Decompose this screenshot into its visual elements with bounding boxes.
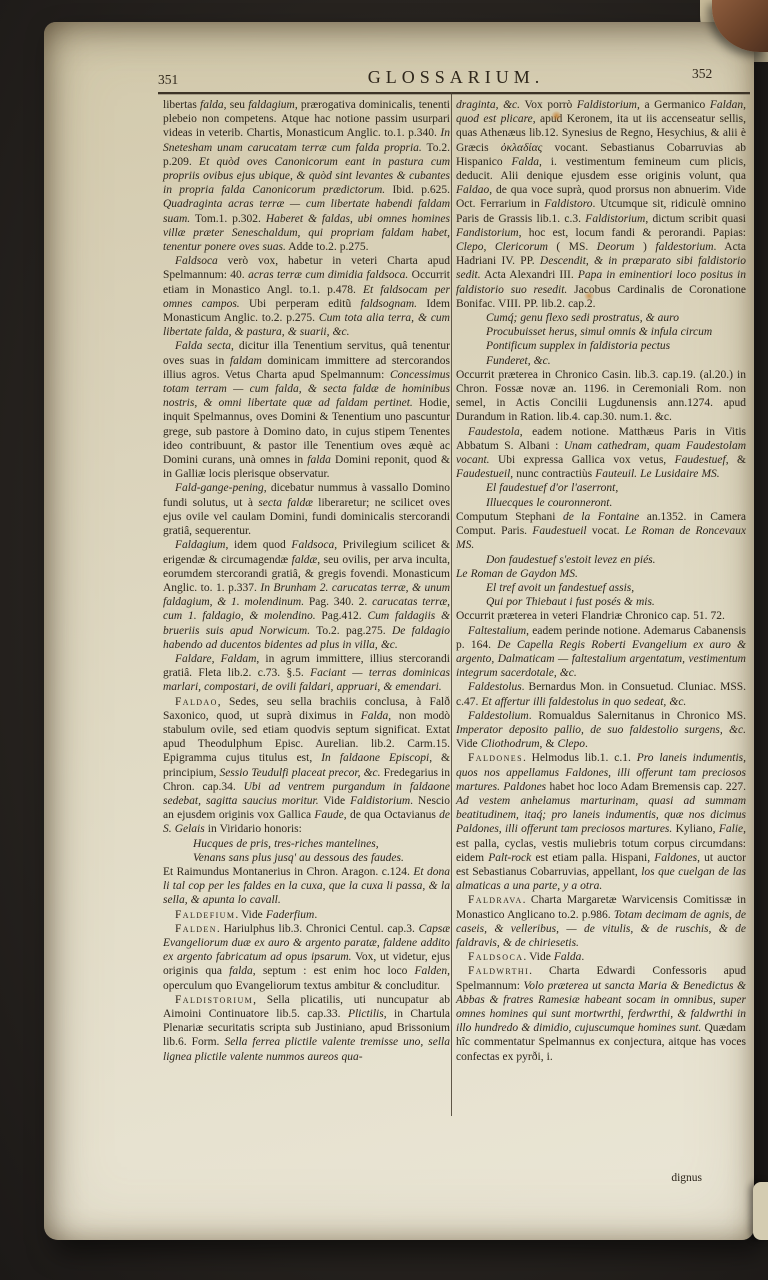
text-run: Kyliano,	[672, 823, 719, 835]
text-run: . Vide	[523, 951, 553, 963]
entry-headword: Faldistorium	[175, 994, 253, 1006]
header-rule	[158, 92, 750, 94]
text-run: Fald-gange-pening	[175, 482, 264, 494]
text-run: Faldones	[654, 852, 697, 864]
text-run: ( MS.	[548, 241, 597, 253]
text-run: vocat.	[587, 525, 625, 537]
text-run: , dictum scribit quasi	[645, 213, 746, 225]
text-run: ,	[743, 99, 746, 111]
text-run: . Helmodus lib.1. c.1.	[523, 752, 637, 764]
text-run: . Hariulphus lib.3. Chronici Centul. cap…	[217, 923, 419, 935]
text-run: , de qua Octavianus	[344, 809, 439, 821]
text-run: . Romualdus Salernitanus in Chronico MS.	[529, 710, 746, 722]
text-run: Imperator deposito pallio, de suo faldes…	[456, 724, 746, 736]
text-run: Faldestolium	[468, 710, 529, 722]
text-run: Falda	[554, 951, 581, 963]
text-run: Faltestalium	[468, 625, 526, 637]
text-paragraph: Faldwrthi. Charta Edwardi Confessoris ap…	[456, 964, 746, 1063]
text-paragraph: Et Raimundus Montanerius in Chron. Arago…	[163, 865, 450, 908]
text-run: Falie	[719, 823, 743, 835]
text-run: Deorum	[597, 241, 635, 253]
text-run: Faldsoca	[175, 255, 218, 267]
entry-headword: Falden	[175, 923, 217, 935]
text-run: Faudestueil	[456, 468, 510, 480]
text-paragraph: draginta, &c. Vox porrò Faldistorium, a …	[456, 98, 746, 311]
text-run: Faldagium	[175, 539, 225, 551]
text-run: Faldistorium	[585, 213, 645, 225]
text-run: Faldsoca	[291, 539, 334, 551]
text-run: Ubi perperam editũ	[240, 298, 361, 310]
verse-quote: Hucques de pris, tres-riches mantelines,…	[163, 837, 450, 865]
entry-headword: Faldao	[175, 696, 218, 708]
entry-headword: Faldsoca	[468, 951, 523, 963]
text-run: , idem quod	[225, 539, 291, 551]
text-run: , septum : est enim hoc loco	[253, 965, 415, 977]
text-run: Faude	[314, 809, 343, 821]
next-page-edge	[753, 1182, 768, 1240]
text-run: Faldare, Faldam	[175, 653, 256, 665]
scan-background: 351 GLOSSARIUM. 352 libertas falda, seu …	[0, 0, 768, 1280]
text-run: , nunc contractiùs	[510, 468, 595, 480]
text-run: Falden	[415, 965, 448, 977]
paper-stain	[584, 291, 594, 301]
text-run: Faudestola	[468, 426, 520, 438]
text-run: quod est plicare	[456, 113, 533, 125]
text-run: Pag.412.	[316, 610, 368, 622]
text-run: Pag. 340. 2.	[304, 596, 372, 608]
verse-quote: Cumq́; genu flexo sedi prostratus, & aur…	[456, 311, 746, 368]
text-run: Sessio Teudulfi placeat precor, &c.	[219, 767, 380, 779]
text-paragraph: Faldones. Helmodus lib.1. c.1. Pro lanei…	[456, 751, 746, 893]
text-run: faldam	[230, 355, 262, 367]
text-run: Falda	[361, 710, 388, 722]
running-title: GLOSSARIUM.	[164, 67, 748, 88]
text-run: Faldistorium	[350, 795, 410, 807]
text-run: Plictilis	[348, 1008, 384, 1020]
text-run: To.2. pag.275.	[310, 625, 392, 637]
text-run: .	[585, 738, 588, 750]
text-paragraph: Faldsoca verò vox, habetur in veteri Cha…	[163, 254, 450, 339]
verse-quote: Don faudestuef s'estoit levez en piés.	[456, 553, 746, 567]
text-run: , hoc est, locum fandi & perorandi. Papi…	[519, 227, 746, 239]
verse-quote: El faudestuef d'or l'aserront,Illuecques…	[456, 481, 746, 509]
text-run: habet hoc loco Adam Bremensis cap. 227.	[546, 781, 746, 793]
text-run: Faudestueil	[532, 525, 586, 537]
text-run: in Viridario honoris:	[205, 823, 302, 835]
verse-line: El tref avoit un fandestuef assis,	[486, 581, 746, 595]
text-run: ὀκλαδίας	[501, 142, 543, 154]
entry-headword: Faldrava	[468, 894, 523, 906]
text-paragraph: Faldagium, idem quod Faldsoca, Privilegi…	[163, 538, 450, 652]
text-run: Computum Stephani	[456, 511, 563, 523]
verse-line: Cumq́; genu flexo sedi prostratus, & aur…	[486, 311, 746, 325]
text-run: Faldan	[710, 99, 743, 111]
text-run: Faldao	[456, 184, 489, 196]
text-paragraph: Faldistorium, Sella plicatilis, uti nunc…	[163, 993, 450, 1064]
text-run: Faldestolus	[468, 681, 522, 693]
paper-stain	[551, 111, 562, 121]
text-paragraph: Falden. Hariulphus lib.3. Chronici Centu…	[163, 922, 450, 993]
text-run: acras terræ cum dimidia faldsoca.	[248, 269, 408, 281]
text-run: Faderfium	[266, 909, 315, 921]
verse-quote: El tref avoit un fandestuef assis,Qui po…	[456, 581, 746, 609]
text-run: faldsognam.	[361, 298, 418, 310]
verse-line: Hucques de pris, tres-riches mantelines,	[193, 837, 450, 851]
text-run: Fandistorium	[456, 227, 519, 239]
text-run: falda	[307, 454, 331, 466]
text-run: . Vide	[235, 909, 265, 921]
column-divider-rule	[451, 92, 452, 1116]
text-paragraph: Faudestola, eadem notione. Matthæus Pari…	[456, 425, 746, 482]
text-run: De Capella Regis Roberti Evangelium ex a…	[456, 639, 746, 679]
text-paragraph: Occurrit præterea in veteri Flandriæ Chr…	[456, 609, 746, 623]
text-run: Occurrit præterea in veteri Flandriæ Chr…	[456, 610, 725, 622]
text-run: Cliothodrum	[481, 738, 540, 750]
verse-line: Qui por Thiebaut i fust posés & mis.	[486, 595, 746, 609]
text-run: Fauteuil. Le Lusidaire MS.	[595, 468, 719, 480]
text-paragraph: libertas falda, seu faldagium, prærogati…	[163, 98, 450, 254]
text-run: , a Germanico	[637, 99, 710, 111]
text-run: falda	[229, 965, 253, 977]
entry-headword: Faldones	[468, 752, 523, 764]
text-run: Le Roman de Gaydon MS.	[456, 568, 578, 580]
verse-line: Pontificum supplex in faldistoria pectus	[486, 339, 746, 353]
text-run: .	[581, 951, 584, 963]
text-paragraph: Occurrit præterea in Chronico Casin. lib…	[456, 368, 746, 425]
text-run: secta faldæ	[258, 497, 313, 509]
text-run: Faldistorium	[577, 99, 637, 111]
verse-line: Venans sans plus jusq' au dessous des fa…	[193, 851, 450, 865]
text-run: faldagium	[248, 99, 295, 111]
text-run: Ibid. p.625.	[385, 184, 450, 196]
text-paragraph: Faldestolium. Romualdus Salernitanus in …	[456, 709, 746, 752]
text-paragraph: Faldestolus. Bernardus Mon. in Consuetud…	[456, 680, 746, 708]
text-run: Et affertur illi faldestolus in quo sede…	[481, 696, 686, 708]
text-run: Clepo, Clericorum	[456, 241, 548, 253]
text-run: Vide	[456, 738, 481, 750]
text-paragraph: Faldare, Faldam, in agrum immittere, ill…	[163, 652, 450, 695]
text-run: .	[314, 909, 317, 921]
text-run: faldestorium	[655, 241, 713, 253]
text-paragraph: Le Roman de Gaydon MS.	[456, 567, 746, 581]
verse-line: Don faudestuef s'estoit levez en piés.	[486, 553, 746, 567]
text-run: Palt-rock	[488, 852, 531, 864]
verse-line: Funderet, &c.	[486, 354, 746, 368]
text-run: Falda	[512, 156, 539, 168]
text-run: Paldones	[503, 781, 546, 793]
text-run: Et Raimundus Montanerius in Chron. Arago…	[163, 866, 413, 878]
text-run: In faldaone Episcopi	[321, 752, 429, 764]
text-paragraph: Faldsoca. Vide Falda.	[456, 950, 746, 964]
verse-line: Illuecques le couronneront.	[486, 496, 746, 510]
book-page: 351 GLOSSARIUM. 352 libertas falda, seu …	[44, 22, 754, 1240]
text-run: draginta, &c.	[456, 99, 520, 111]
verse-line: Procubuisset herus, simul omnis & infula…	[486, 325, 746, 339]
text-run: Ubi expressa Gallica vox vetus,	[490, 454, 675, 466]
text-run: , &	[726, 454, 746, 466]
text-run: falda	[200, 99, 224, 111]
text-run: libertas	[163, 99, 200, 111]
text-run: , seu	[224, 99, 249, 111]
text-run: Clepo	[558, 738, 585, 750]
text-run: Vox porrò	[520, 99, 577, 111]
text-run: Tom.1. p.302.	[190, 213, 266, 225]
page-number-right: 352	[692, 66, 712, 82]
text-run: Acta Alexandri III.	[481, 269, 578, 281]
catchword: dignus	[456, 1172, 702, 1184]
verse-line: El faudestuef d'or l'aserront,	[486, 481, 746, 495]
text-run: Occurrit præterea in Chronico Casin. lib…	[456, 369, 746, 424]
text-run: )	[635, 241, 656, 253]
text-run: faldæ	[292, 554, 318, 566]
text-paragraph: Faldrava. Charta Margaretæ Warvicensis C…	[456, 893, 746, 950]
text-paragraph: Faldefium. Vide Faderfium.	[163, 908, 450, 922]
text-run: , &	[540, 738, 558, 750]
text-paragraph: Computum Stephani de la Fontaine an.1352…	[456, 510, 746, 553]
entry-headword: Faldwrthi	[468, 965, 529, 977]
text-paragraph: Falda secta, dicitur illa Tenentium serv…	[163, 339, 450, 481]
right-text-column: draginta, &c. Vox porrò Faldistorium, a …	[456, 98, 746, 1064]
text-run: Faldistoro	[544, 198, 592, 210]
text-run: Vide	[319, 795, 351, 807]
text-paragraph: Faltestalium, eadem perinde notione. Ade…	[456, 624, 746, 681]
left-text-column: libertas falda, seu faldagium, prærogati…	[163, 98, 450, 1064]
text-run: est etiam palla. Hispani,	[531, 852, 654, 864]
text-paragraph: Fald-gange-pening, dicebatur nummus à va…	[163, 481, 450, 538]
scanned-book-photo: { "header": { "left_page_number": "351",…	[0, 0, 768, 1280]
text-run: Faudestuef	[675, 454, 726, 466]
text-paragraph: Faldao, Sedes, seu sella brachiis conclu…	[163, 695, 450, 837]
text-run: de la Fontaine	[563, 511, 639, 523]
text-run: Falda secta	[175, 340, 231, 352]
text-run: Adde to.2. p.275.	[286, 241, 369, 253]
entry-headword: Faldefium	[175, 909, 235, 921]
